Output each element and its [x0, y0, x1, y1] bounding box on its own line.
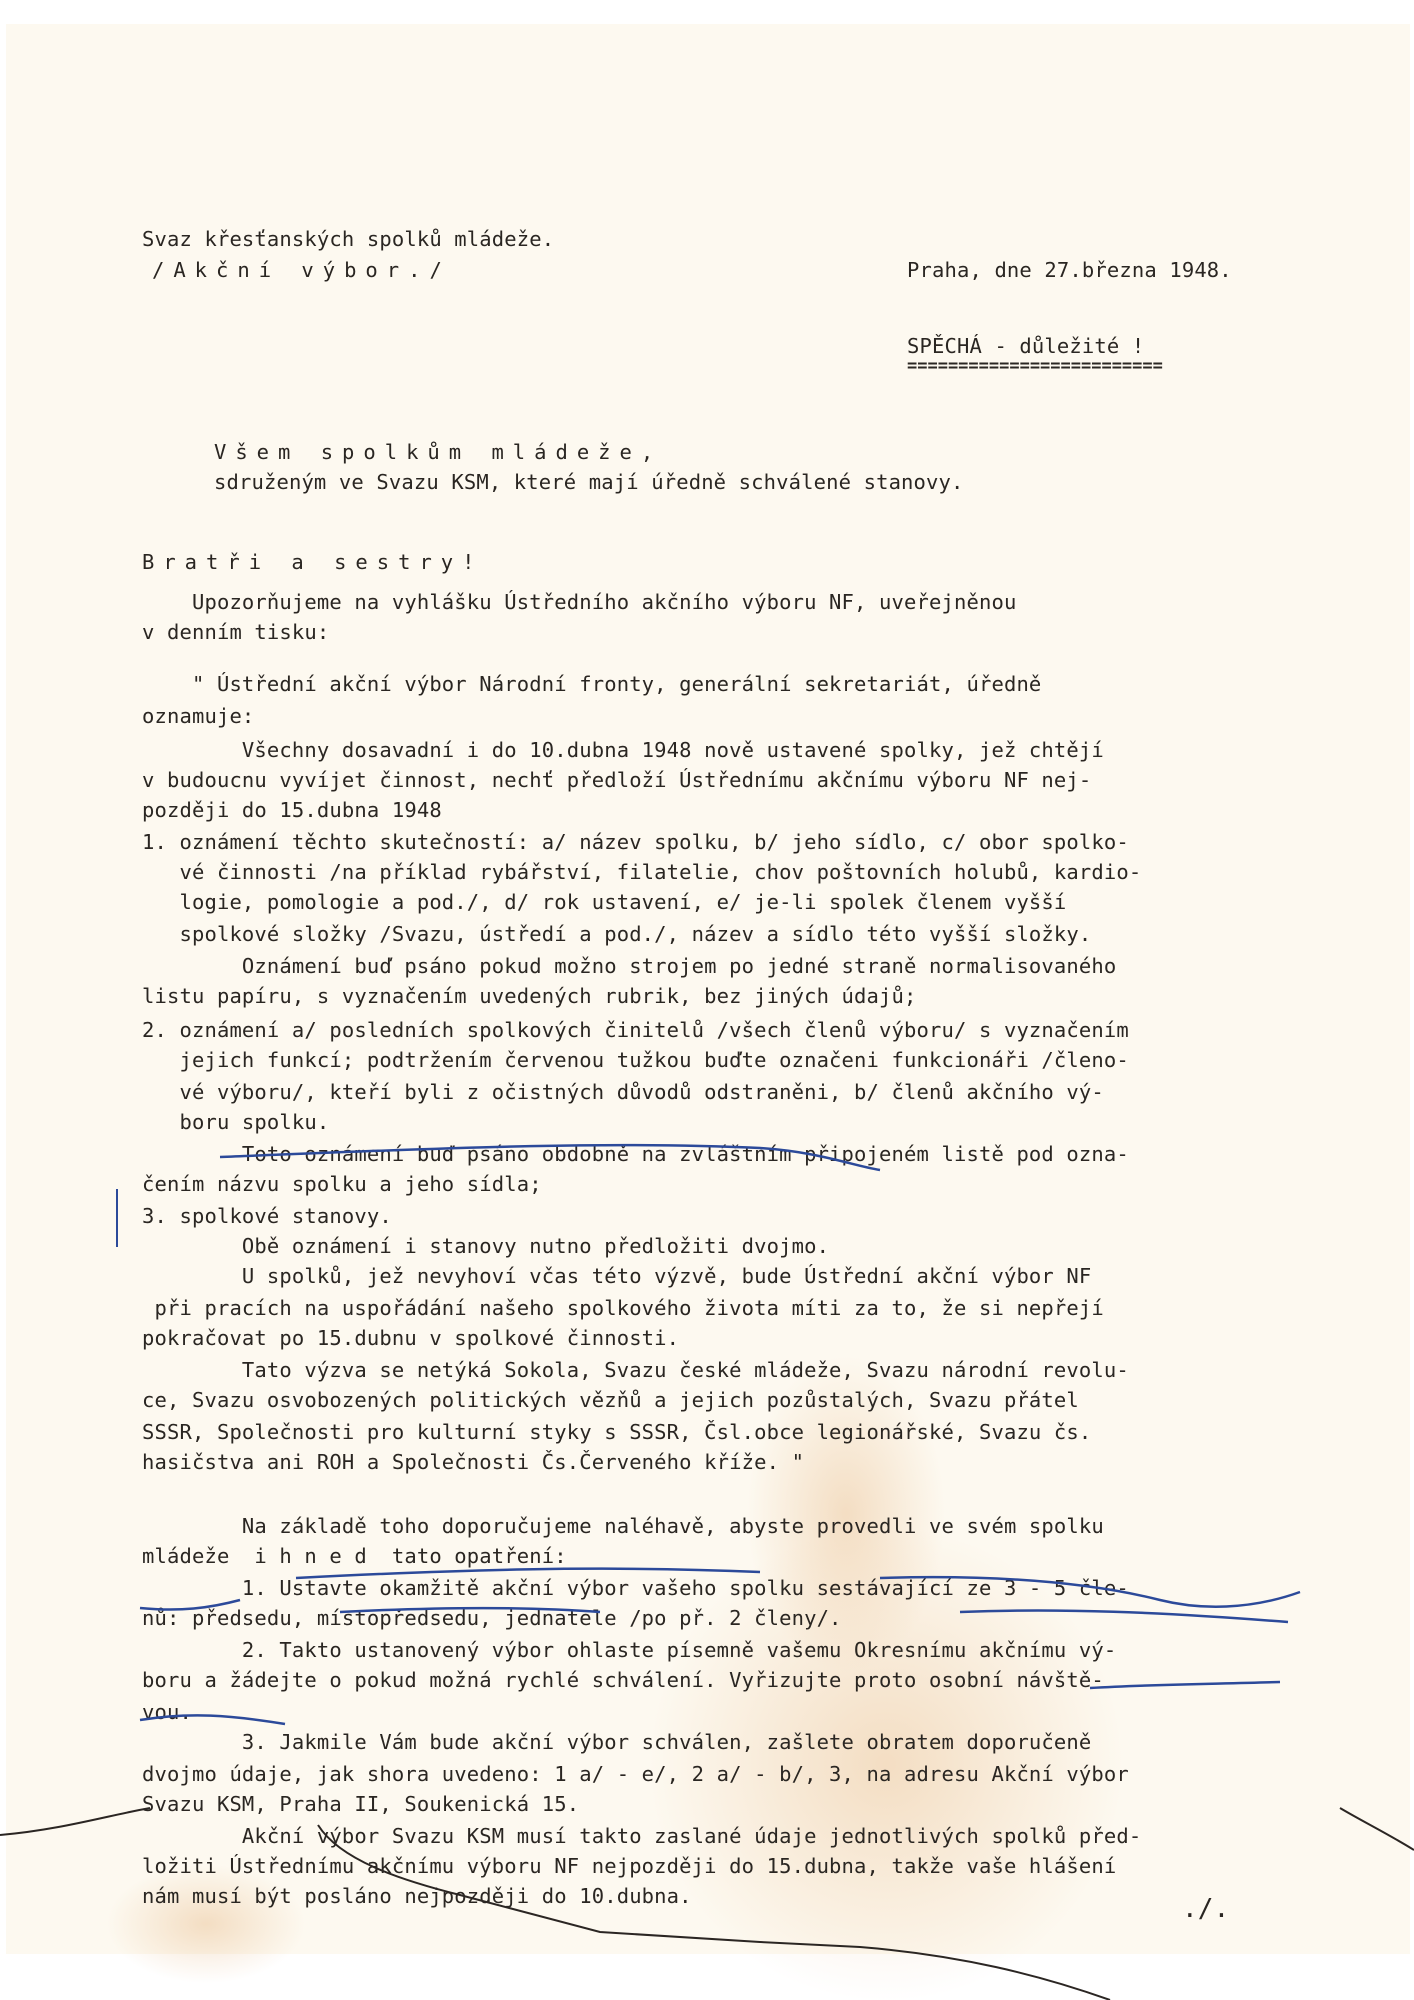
- priority-label: SPĚCHÁ - důležité !: [907, 336, 1144, 357]
- body-line: " Ústřední akční výbor Národní fronty, g…: [142, 674, 1041, 695]
- body-line: Oznámení buď psáno pokud možno strojem p…: [142, 956, 1116, 977]
- body-line: později do 15.dubna 1948: [142, 800, 442, 821]
- body-line: 1. oznámení těchto skutečností: a/ název…: [142, 832, 1129, 853]
- addressee-line2: sdruženým ve Svazu KSM, které mají úředn…: [214, 472, 964, 493]
- body-line: při pracích na uspořádání našeho spolkov…: [142, 1298, 1104, 1319]
- margin-pen-mark: [116, 1189, 118, 1247]
- body-line: 1. Ustavte okamžitě akční výbor vašeho s…: [142, 1578, 1129, 1599]
- body-line: SSSR, Společnosti pro kulturní styky s S…: [142, 1422, 1091, 1443]
- water-stain: [106, 1864, 306, 1984]
- continuation-mark: ./.: [1182, 1896, 1229, 1922]
- body-line: boru spolku.: [142, 1112, 329, 1133]
- body-line: Akční výbor Svazu KSM musí takto zaslané…: [142, 1826, 1141, 1847]
- body-line: oznamuje:: [142, 706, 254, 727]
- body-line: Upozorňujeme na vyhlášku Ústředního akčn…: [142, 592, 1016, 613]
- body-line: Toto oznámení buď psáno obdobně na zvláš…: [142, 1144, 1129, 1165]
- body-line: mládeže i h n e d tato opatření:: [142, 1546, 567, 1567]
- body-line: 2. Takto ustanovený výbor ohlaste písemn…: [142, 1640, 1116, 1661]
- body-line: vou.: [142, 1702, 192, 1723]
- sender-unit: /Akční výbor./: [152, 260, 451, 281]
- body-line: pokračovat po 15.dubnu v spolkové činnos…: [142, 1328, 679, 1349]
- body-line: hasičstva ani ROH a Společnosti Čs.Červe…: [142, 1452, 804, 1473]
- body-line: 3. Jakmile Vám bude akční výbor schválen…: [142, 1732, 1091, 1753]
- body-line: U spolků, jež nevyhoví včas této výzvě, …: [142, 1266, 1091, 1287]
- body-line: Svazu KSM, Praha II, Soukenická 15.: [142, 1794, 579, 1815]
- body-line: v denním tisku:: [142, 622, 329, 643]
- sender-organization: Svaz křesťanských spolků mládeže.: [142, 229, 554, 250]
- body-line: boru a žádejte o pokud možná rychlé schv…: [142, 1670, 1104, 1691]
- body-line: nů: předsedu, místopředsedu, jednatele /…: [142, 1608, 842, 1629]
- body-line: ložiti Ústřednímu akčnímu výboru NF nejp…: [142, 1856, 1116, 1877]
- body-line: spolkové složky /Svazu, ústředí a pod./,…: [142, 924, 1091, 945]
- body-line: 3. spolkové stanovy.: [142, 1206, 392, 1227]
- body-line: Obě oznámení i stanovy nutno předložiti …: [142, 1236, 829, 1257]
- body-line: dvojmo údaje, jak shora uvedeno: 1 a/ - …: [142, 1764, 1129, 1785]
- body-line: vé výboru/, kteří byli z očistných důvod…: [142, 1082, 1104, 1103]
- addressee-line1: Všem spolkům mládeže,: [214, 442, 662, 463]
- body-line: nám musí být posláno nejpozději do 10.du…: [142, 1886, 692, 1907]
- body-line: jejich funkcí; podtržením červenou tužko…: [142, 1050, 1129, 1071]
- body-line: logie, pomologie a pod./, d/ rok ustaven…: [142, 892, 1066, 913]
- body-line: vé činnosti /na příklad rybářství, filat…: [142, 862, 1141, 883]
- body-line: Všechny dosavadní i do 10.dubna 1948 nov…: [142, 740, 1104, 761]
- body-line: v budoucnu vyvíjet činnost, nechť předlo…: [142, 770, 1091, 791]
- body-line: 2. oznámení a/ posledních spolkových čin…: [142, 1020, 1129, 1041]
- body-line: listu papíru, s vyznačením uvedených rub…: [142, 986, 917, 1007]
- priority-underline: =========================: [907, 358, 1163, 375]
- body-line: čením názvu spolku a jeho sídla;: [142, 1174, 542, 1195]
- place-date: Praha, dne 27.března 1948.: [907, 260, 1232, 281]
- salutation: Bratři a sestry!: [142, 552, 483, 573]
- document-page: Svaz křesťanských spolků mládeže. /Akční…: [6, 24, 1410, 1954]
- body-line: Na základě toho doporučujeme naléhavě, a…: [142, 1516, 1104, 1537]
- body-line: Tato výzva se netýká Sokola, Svazu české…: [142, 1360, 1129, 1381]
- body-line: ce, Svazu osvobozených politických vězňů…: [142, 1390, 1079, 1411]
